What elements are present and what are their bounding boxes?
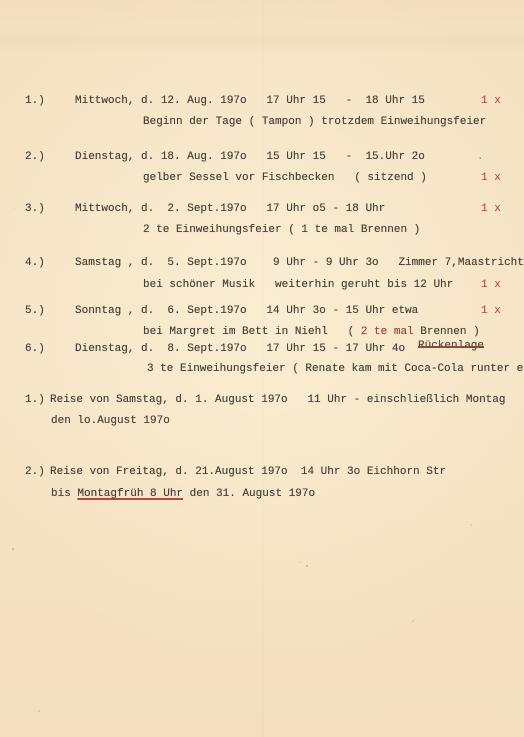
entry-number: 6.) [25, 343, 45, 356]
entry-line1: Mittwoch, d. 12. Aug. 197o 17 Uhr 15 - 1… [75, 95, 425, 108]
document-page: 1.) Mittwoch, d. 12. Aug. 197o 17 Uhr 15… [0, 0, 524, 737]
entry-line2-text: bei Margret im Bett in Niehl ( [143, 326, 361, 338]
trip-line2-text: den 31. August 197o [183, 488, 315, 500]
entry-line1: Samstag , d. 5. Sept.197o 9 Uhr - 9 Uhr … [75, 257, 524, 270]
paper-speck [38, 710, 40, 712]
overstruck-word: Rückenlage [418, 340, 484, 353]
entry-line2: Beginn der Tage ( Tampon ) trotzdem Einw… [143, 116, 486, 129]
trip-line2-text: bis [51, 488, 77, 500]
entry-line2-red-phrase: 2 te mal [361, 326, 414, 338]
tally-mark: 1 x [481, 305, 501, 318]
paper-speck [12, 548, 14, 550]
entry-line2: gelber Sessel vor Fischbecken ( sitzend … [143, 172, 427, 185]
entry-line2: bei Margret im Bett in Niehl ( 2 te mal … [143, 326, 480, 339]
trip-number: 1.) [25, 394, 45, 407]
paper-speck [470, 524, 472, 526]
entry-line1: Dienstag, d. 18. Aug. 197o 15 Uhr 15 - 1… [75, 151, 425, 164]
trip-line1: Reise von Freitag, d. 21.August 197o 14 … [50, 466, 446, 479]
trip-line2: bis Montagfrüh 8 Uhr den 31. August 197o [51, 488, 315, 501]
entry-line1: Mittwoch, d. 2. Sept.197o 17 Uhr o5 - 18… [75, 203, 385, 216]
entry-line2: bei schöner Musik weiterhin geruht bis 1… [143, 279, 453, 292]
trip-line2-underlined-phrase: Montagfrüh 8 Uhr [77, 488, 183, 500]
entry-line2: 2 te Einweihungsfeier ( 1 te mal Brennen… [143, 224, 420, 237]
paper-speck [300, 562, 301, 563]
trip-line1: Reise von Samstag, d. 1. August 197o 11 … [50, 394, 505, 407]
paper-speck [14, 208, 15, 209]
entry-line2-text: Brennen ) [414, 326, 480, 338]
paper-speck [412, 620, 414, 622]
entry-number: 5.) [25, 305, 45, 318]
entry-number: 3.) [25, 203, 45, 216]
entry-line2: 3 te Einweihungsfeier ( Renate kam mit C… [147, 363, 524, 376]
paper-speck [306, 565, 308, 567]
stray-period: . [477, 151, 484, 164]
trip-number: 2.) [25, 466, 45, 479]
entry-number: 4.) [25, 257, 45, 270]
trip-line2: den lo.August 197o [51, 415, 170, 428]
tally-mark: 1 x [481, 95, 501, 108]
entry-number: 2.) [25, 151, 45, 164]
entry-number: 1.) [25, 95, 45, 108]
entry-line1: Dienstag, d. 8. Sept.197o 17 Uhr 15 - 17… [75, 343, 405, 356]
tally-mark: 1 x [481, 203, 501, 216]
tally-mark: 1 x [481, 172, 501, 185]
tally-mark: 1 x [481, 279, 501, 292]
entry-line1: Sonntag , d. 6. Sept.197o 14 Uhr 3o - 15… [75, 305, 418, 318]
